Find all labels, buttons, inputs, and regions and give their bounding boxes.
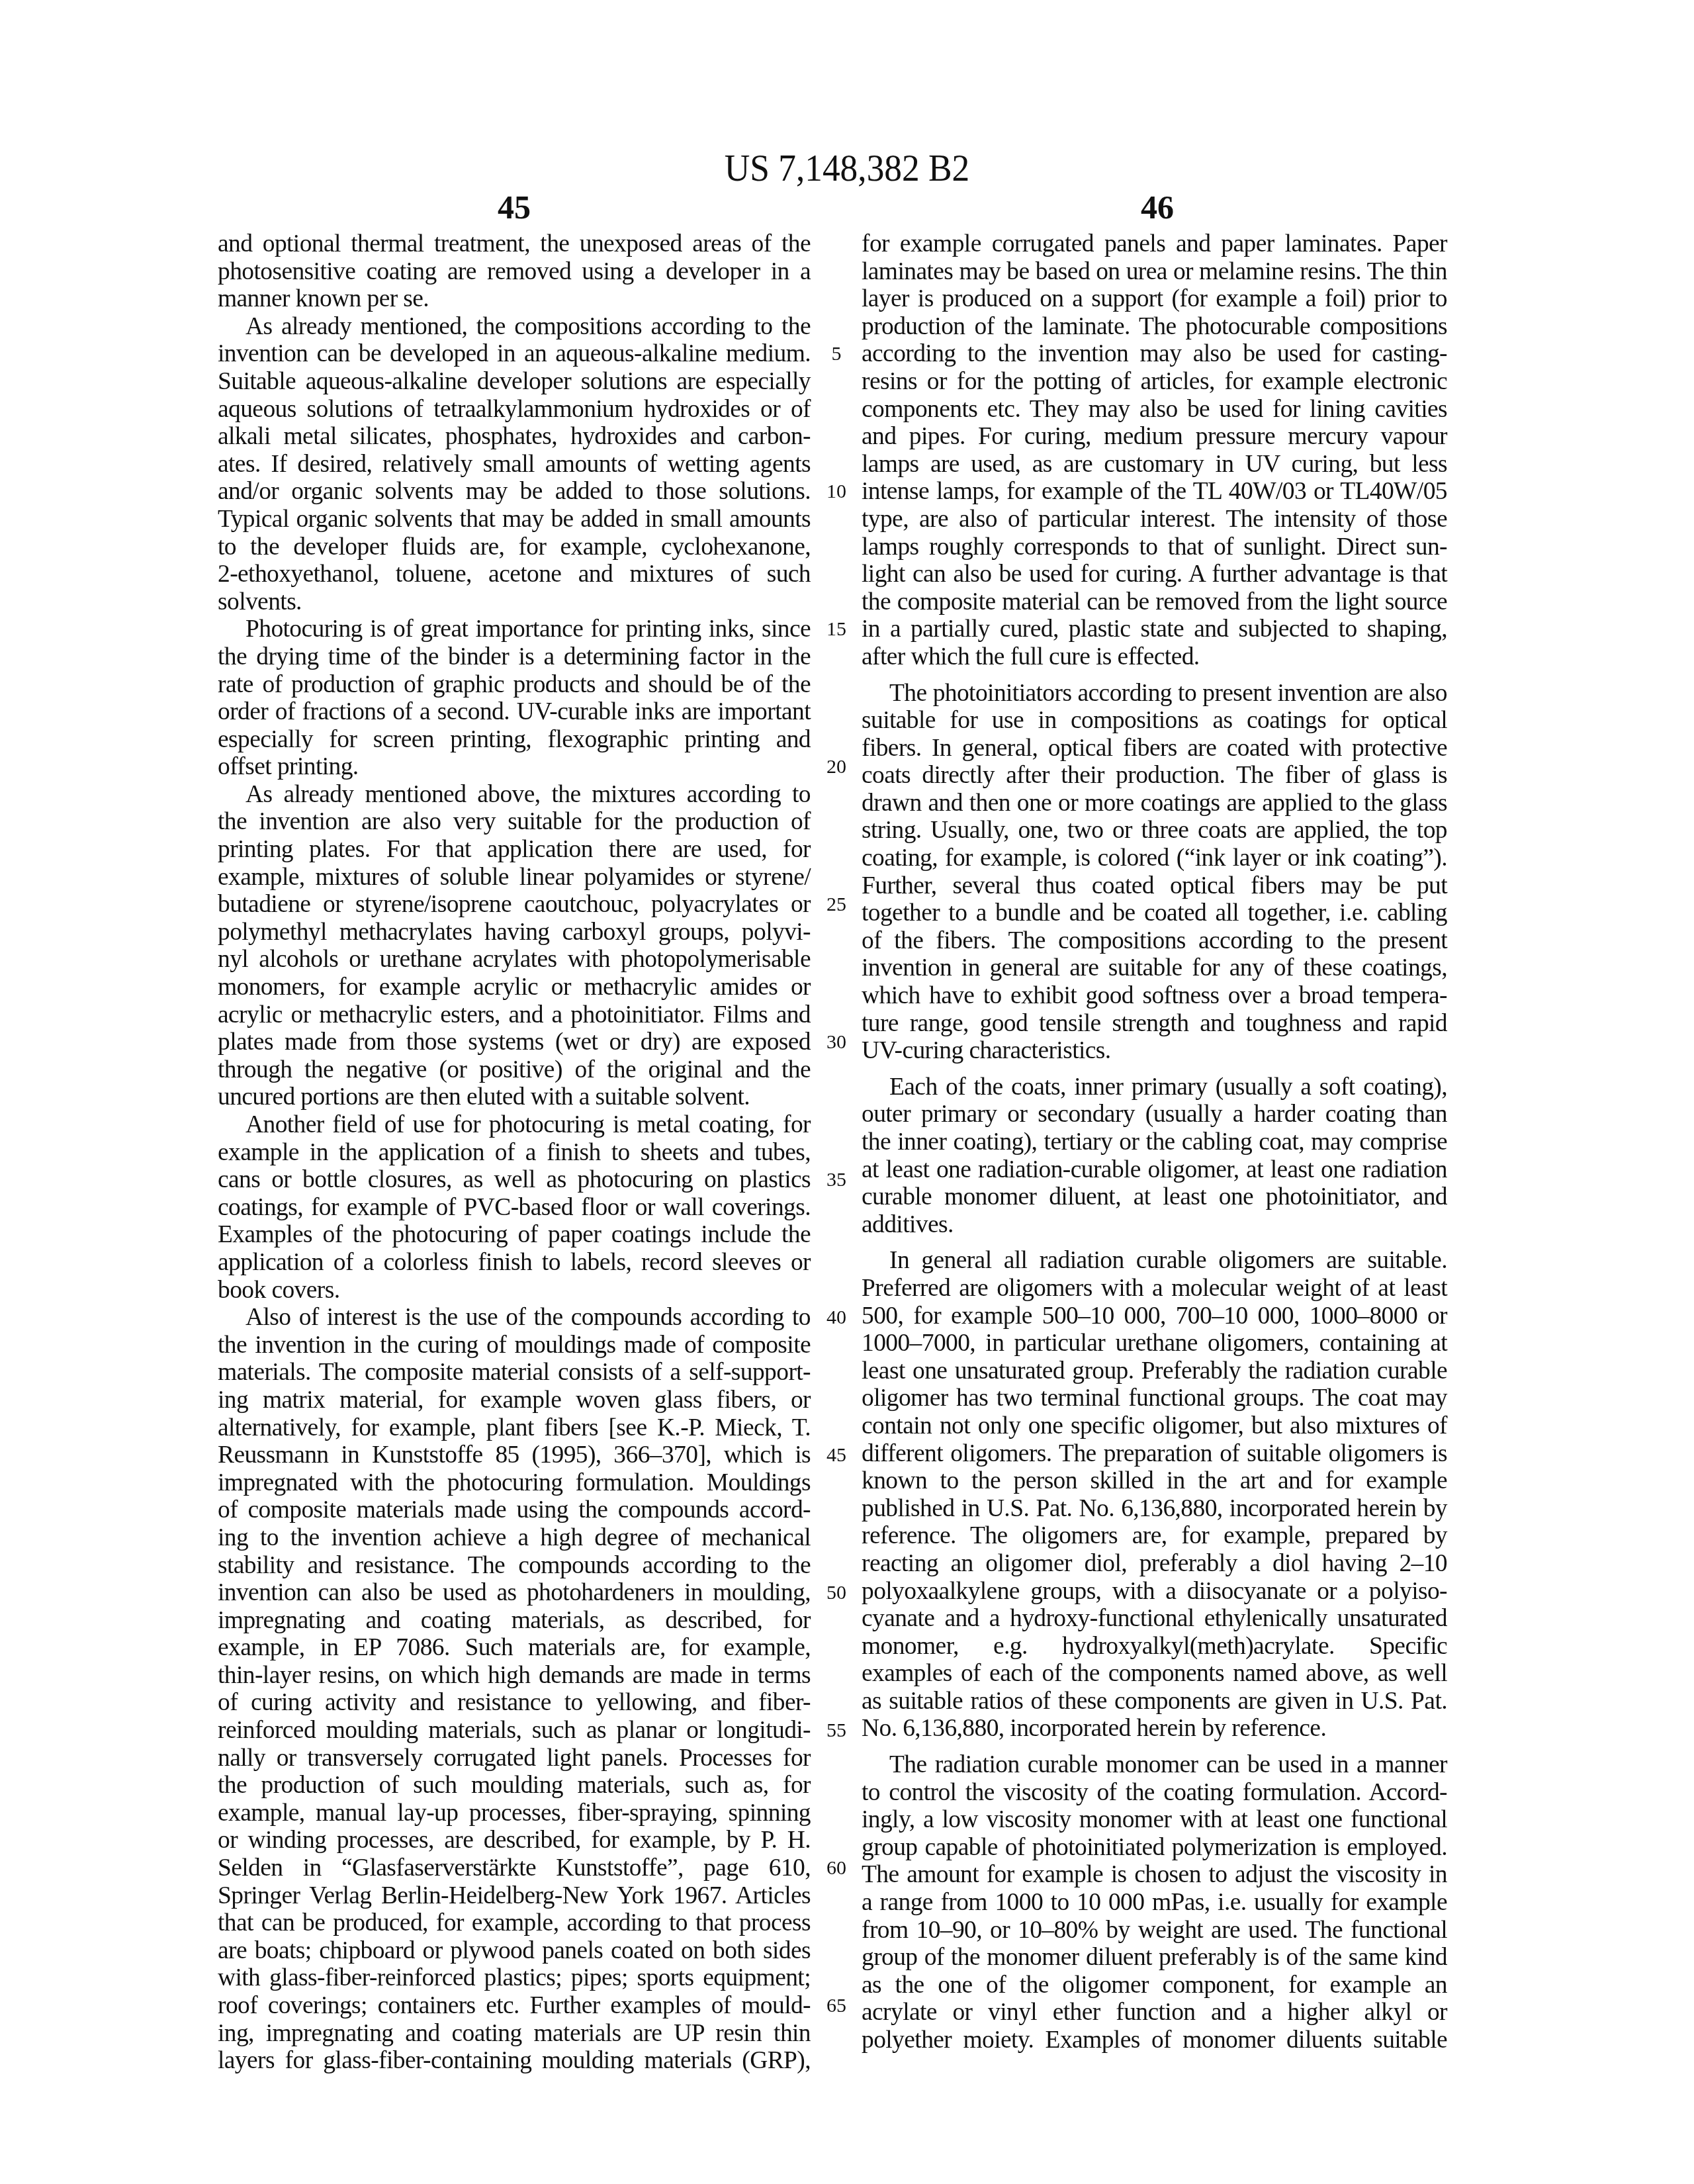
line-number: 65 — [818, 1992, 855, 2020]
text-line: of the fibers. The compositions accordin… — [862, 927, 1447, 955]
text-line: The amount for example is chosen to adju… — [862, 1861, 1447, 1889]
line-number: 5 — [818, 340, 855, 368]
text-line: oligomer has two terminal functional gro… — [862, 1385, 1447, 1412]
text-line: are boats; chipboard or plywood panels c… — [218, 1937, 811, 1965]
text-line: example, in EP 7086. Such materials are,… — [218, 1634, 811, 1662]
text-line: ing, impregnating and coating materials … — [218, 2020, 811, 2048]
line-number: 60 — [818, 1854, 855, 1882]
text-line: 1000–7000, in particular urethane oligom… — [862, 1330, 1447, 1357]
text-line: to the developer fluids are, for example… — [218, 533, 811, 561]
text-line: invention can also be used as photoharde… — [218, 1579, 811, 1607]
text-line: the invention in the curing of mouldings… — [218, 1332, 811, 1359]
paragraph: In general all radiation curable oligome… — [862, 1247, 1447, 1743]
text-line: lamps roughly corresponds to that of sun… — [862, 533, 1447, 561]
text-line: solvents. — [218, 588, 811, 616]
text-line: offset printing. — [218, 753, 811, 781]
text-line: Examples of the photocuring of paper coa… — [218, 1221, 811, 1249]
line-number: 20 — [818, 753, 855, 781]
paragraph: The photoinitiators according to present… — [862, 680, 1447, 1065]
text-line: Reussmann in Kunststoffe 85 (1995), 366–… — [218, 1441, 811, 1469]
paragraph: Photocuring is of great importance for p… — [218, 615, 811, 781]
text-line: with glass-fiber-reinforced plastics; pi… — [218, 1964, 811, 1992]
text-line: ing to the invention achieve a high degr… — [218, 1524, 811, 1552]
text-line: according to the invention may also be u… — [862, 340, 1447, 368]
text-line: in a partially cured, plastic state and … — [862, 615, 1447, 643]
text-line: the invention are also very suitable for… — [218, 808, 811, 836]
line-number: 25 — [818, 891, 855, 919]
text-line: or winding processes, are described, for… — [218, 1827, 811, 1854]
text-line: alternatively, for example, plant fibers… — [218, 1414, 811, 1442]
text-line: of composite materials made using the co… — [218, 1496, 811, 1524]
text-line: order of fractions of a second. UV-curab… — [218, 698, 811, 726]
paragraph: As already mentioned, the compositions a… — [218, 313, 811, 616]
text-line: fibers. In general, optical fibers are c… — [862, 735, 1447, 762]
text-line: the inner coating), tertiary or the cabl… — [862, 1128, 1447, 1156]
text-line: As already mentioned above, the mixtures… — [218, 781, 811, 809]
text-line: roof coverings; containers etc. Further … — [218, 1992, 811, 2020]
text-line: invention in general are suitable for an… — [862, 954, 1447, 982]
text-line: nally or transversely corrugated light p… — [218, 1745, 811, 1772]
text-line: as the one of the oligomer component, fo… — [862, 1972, 1447, 1999]
text-line: lamps are used, as are customary in UV c… — [862, 451, 1447, 478]
text-line: layers for glass-fiber-containing mouldi… — [218, 2047, 811, 2075]
left-column-number: 45 — [448, 189, 580, 225]
text-line: suitable for use in compositions as coat… — [862, 707, 1447, 735]
text-line: especially for screen printing, flexogra… — [218, 726, 811, 754]
text-line: Suitable aqueous-alkaline developer solu… — [218, 368, 811, 396]
paragraph: As already mentioned above, the mixtures… — [218, 781, 811, 1111]
text-line: acrylic or methacrylic esters, and a pho… — [218, 1001, 811, 1029]
text-line: Each of the coats, inner primary (usuall… — [862, 1073, 1447, 1101]
text-line: known to the person skilled in the art a… — [862, 1467, 1447, 1495]
text-line: thin-layer resins, on which high demands… — [218, 1662, 811, 1690]
text-line: drawn and then one or more coatings are … — [862, 790, 1447, 817]
text-line: which have to exhibit good softness over… — [862, 982, 1447, 1010]
paragraph: Another field of use for photocuring is … — [218, 1111, 811, 1304]
text-line: nyl alcohols or urethane acrylates with … — [218, 946, 811, 974]
text-line: group of the monomer diluent preferably … — [862, 1944, 1447, 1972]
text-line: Typical organic solvents that may be add… — [218, 506, 811, 533]
line-number: 40 — [818, 1304, 855, 1332]
text-line: resins or for the potting of articles, f… — [862, 368, 1447, 396]
line-number: 30 — [818, 1028, 855, 1056]
text-line: As already mentioned, the compositions a… — [218, 313, 811, 341]
text-line: application of a colorless finish to lab… — [218, 1249, 811, 1277]
text-line: alkali metal silicates, phosphates, hydr… — [218, 423, 811, 451]
text-line: contain not only one specific oligomer, … — [862, 1412, 1447, 1440]
text-line: polyoxaalkylene groups, with a diisocyan… — [862, 1578, 1447, 1606]
text-line: that can be produced, for example, accor… — [218, 1909, 811, 1937]
text-line: production of the laminate. The photocur… — [862, 313, 1447, 341]
text-line: and pipes. For curing, medium pressure m… — [862, 423, 1447, 451]
text-line: example, mixtures of soluble linear poly… — [218, 864, 811, 891]
text-line: layer is produced on a support (for exam… — [862, 285, 1447, 313]
paragraph: and optional thermal treatment, the unex… — [218, 230, 811, 313]
line-number: 10 — [818, 478, 855, 506]
text-line: string. Usually, one, two or three coats… — [862, 817, 1447, 844]
text-line: coats directly after their production. T… — [862, 762, 1447, 790]
text-line: laminates may be based on urea or melami… — [862, 258, 1447, 286]
text-line: intense lamps, for example of the TL 40W… — [862, 478, 1447, 506]
text-line: the composite material can be removed fr… — [862, 588, 1447, 616]
text-line: Preferred are oligomers with a molecular… — [862, 1275, 1447, 1302]
text-line: different oligomers. The preparation of … — [862, 1440, 1447, 1468]
line-number: 50 — [818, 1579, 855, 1607]
text-line: cyanate and a hydroxy-functional ethylen… — [862, 1605, 1447, 1633]
text-line: stability and resistance. The compounds … — [218, 1552, 811, 1580]
text-line: polyether moiety. Examples of monomer di… — [862, 2026, 1447, 2054]
paragraph: Also of interest is the use of the compo… — [218, 1304, 811, 2075]
text-line: coating, for example, is colored (“ink l… — [862, 844, 1447, 872]
text-line: In general all radiation curable oligome… — [862, 1247, 1447, 1275]
line-number: 45 — [818, 1441, 855, 1469]
text-line: after which the full cure is effected. — [862, 643, 1447, 671]
text-line: from 10–90, or 10–80% by weight are used… — [862, 1917, 1447, 1944]
paragraph-gap — [862, 671, 1447, 680]
text-line: rate of production of graphic products a… — [218, 671, 811, 699]
text-line: manner known per se. — [218, 285, 811, 313]
text-line: plates made from those systems (wet or d… — [218, 1028, 811, 1056]
text-line: photosensitive coating are removed using… — [218, 258, 811, 286]
text-line: to control the viscosity of the coating … — [862, 1779, 1447, 1807]
text-line: Another field of use for photocuring is … — [218, 1111, 811, 1139]
text-line: The photoinitiators according to present… — [862, 680, 1447, 707]
text-line: example, manual lay-up processes, fiber-… — [218, 1799, 811, 1827]
text-line: materials. The composite material consis… — [218, 1359, 811, 1387]
patent-number-header: US 7,148,382 B2 — [67, 147, 1626, 189]
text-line: reacting an oligomer diol, preferably a … — [862, 1550, 1447, 1578]
text-line: polymethyl methacrylates having carboxyl… — [218, 919, 811, 946]
line-number: 35 — [818, 1166, 855, 1194]
right-text-column: for example corrugated panels and paper … — [862, 230, 1447, 2054]
text-line: butadiene or styrene/isoprene caoutchouc… — [218, 891, 811, 919]
text-line: at least one radiation-curable oligomer,… — [862, 1156, 1447, 1184]
right-column-number: 46 — [1091, 189, 1224, 225]
text-line: ing matrix material, for example woven g… — [218, 1387, 811, 1414]
text-line: for example corrugated panels and paper … — [862, 230, 1447, 258]
text-line: type, are also of particular interest. T… — [862, 506, 1447, 533]
text-line: light can also be used for curing. A fur… — [862, 561, 1447, 588]
text-line: outer primary or secondary (usually a ha… — [862, 1101, 1447, 1128]
text-line: invention can be developed in an aqueous… — [218, 340, 811, 368]
text-line: Selden in “Glasfaserverstärkte Kunststof… — [218, 1854, 811, 1882]
text-line: Further, several thus coated optical fib… — [862, 872, 1447, 900]
text-line: least one unsaturated group. Preferably … — [862, 1357, 1447, 1385]
text-line: the drying time of the binder is a deter… — [218, 643, 811, 671]
paragraph: Each of the coats, inner primary (usuall… — [862, 1073, 1447, 1239]
text-line: ates. If desired, relatively small amoun… — [218, 451, 811, 478]
text-line: a range from 1000 to 10 000 mPas, i.e. u… — [862, 1889, 1447, 1917]
paragraph-gap — [862, 1065, 1447, 1073]
text-line: book covers. — [218, 1277, 811, 1304]
text-line: Photocuring is of great importance for p… — [218, 615, 811, 643]
text-line: ture range, good tensile strength and to… — [862, 1010, 1447, 1038]
text-line: reference. The oligomers are, for exampl… — [862, 1522, 1447, 1550]
text-line: Also of interest is the use of the compo… — [218, 1304, 811, 1332]
text-line: No. 6,136,880, incorporated herein by re… — [862, 1715, 1447, 1743]
paragraph: The radiation curable monomer can be use… — [862, 1751, 1447, 2054]
text-line: 2-ethoxyethanol, toluene, acetone and mi… — [218, 561, 811, 588]
text-line: coatings, for example of PVC-based floor… — [218, 1194, 811, 1222]
text-line: aqueous solutions of tetraalkylammonium … — [218, 396, 811, 424]
text-line: together to a bundle and be coated all t… — [862, 899, 1447, 927]
text-line: additives. — [862, 1211, 1447, 1239]
paragraph-gap — [862, 1238, 1447, 1247]
text-line: monomer, e.g. hydroxyalkyl(meth)acrylate… — [862, 1633, 1447, 1661]
text-line: monomers, for example acrylic or methacr… — [218, 974, 811, 1001]
text-line: impregnating and coating materials, as d… — [218, 1607, 811, 1635]
text-line: uncured portions are then eluted with a … — [218, 1083, 811, 1111]
text-line: group capable of photoinitiated polymeri… — [862, 1834, 1447, 1862]
paragraph: for example corrugated panels and paper … — [862, 230, 1447, 671]
text-line: UV-curing characteristics. — [862, 1037, 1447, 1065]
text-line: reinforced moulding materials, such as p… — [218, 1717, 811, 1745]
text-line: acrylate or vinyl ether function and a h… — [862, 1999, 1447, 2026]
text-line: the production of such moulding material… — [218, 1772, 811, 1799]
text-line: Springer Verlag Berlin-Heidelberg-New Yo… — [218, 1882, 811, 1910]
text-line: printing plates. For that application th… — [218, 836, 811, 864]
text-line: impregnated with the photocuring formula… — [218, 1469, 811, 1497]
text-line: components etc. They may also be used fo… — [862, 396, 1447, 424]
paragraph-gap — [862, 1743, 1447, 1751]
text-line: ingly, a low viscosity monomer with at l… — [862, 1806, 1447, 1834]
text-line: and optional thermal treatment, the unex… — [218, 230, 811, 258]
text-line: The radiation curable monomer can be use… — [862, 1751, 1447, 1779]
text-line: published in U.S. Pat. No. 6,136,880, in… — [862, 1495, 1447, 1523]
text-line: of curing activity and resistance to yel… — [218, 1689, 811, 1717]
line-number: 15 — [818, 615, 855, 643]
text-line: 500, for example 500–10 000, 700–10 000,… — [862, 1302, 1447, 1330]
text-line: through the negative (or positive) of th… — [218, 1056, 811, 1084]
text-line: examples of each of the components named… — [862, 1660, 1447, 1688]
text-line: as suitable ratios of these components a… — [862, 1688, 1447, 1715]
left-text-column: and optional thermal treatment, the unex… — [218, 230, 811, 2075]
text-line: cans or bottle closures, as well as phot… — [218, 1166, 811, 1194]
text-line: curable monomer diluent, at least one ph… — [862, 1183, 1447, 1211]
text-line: and/or organic solvents may be added to … — [218, 478, 811, 506]
text-line: example in the application of a finish t… — [218, 1139, 811, 1167]
line-number: 55 — [818, 1717, 855, 1745]
